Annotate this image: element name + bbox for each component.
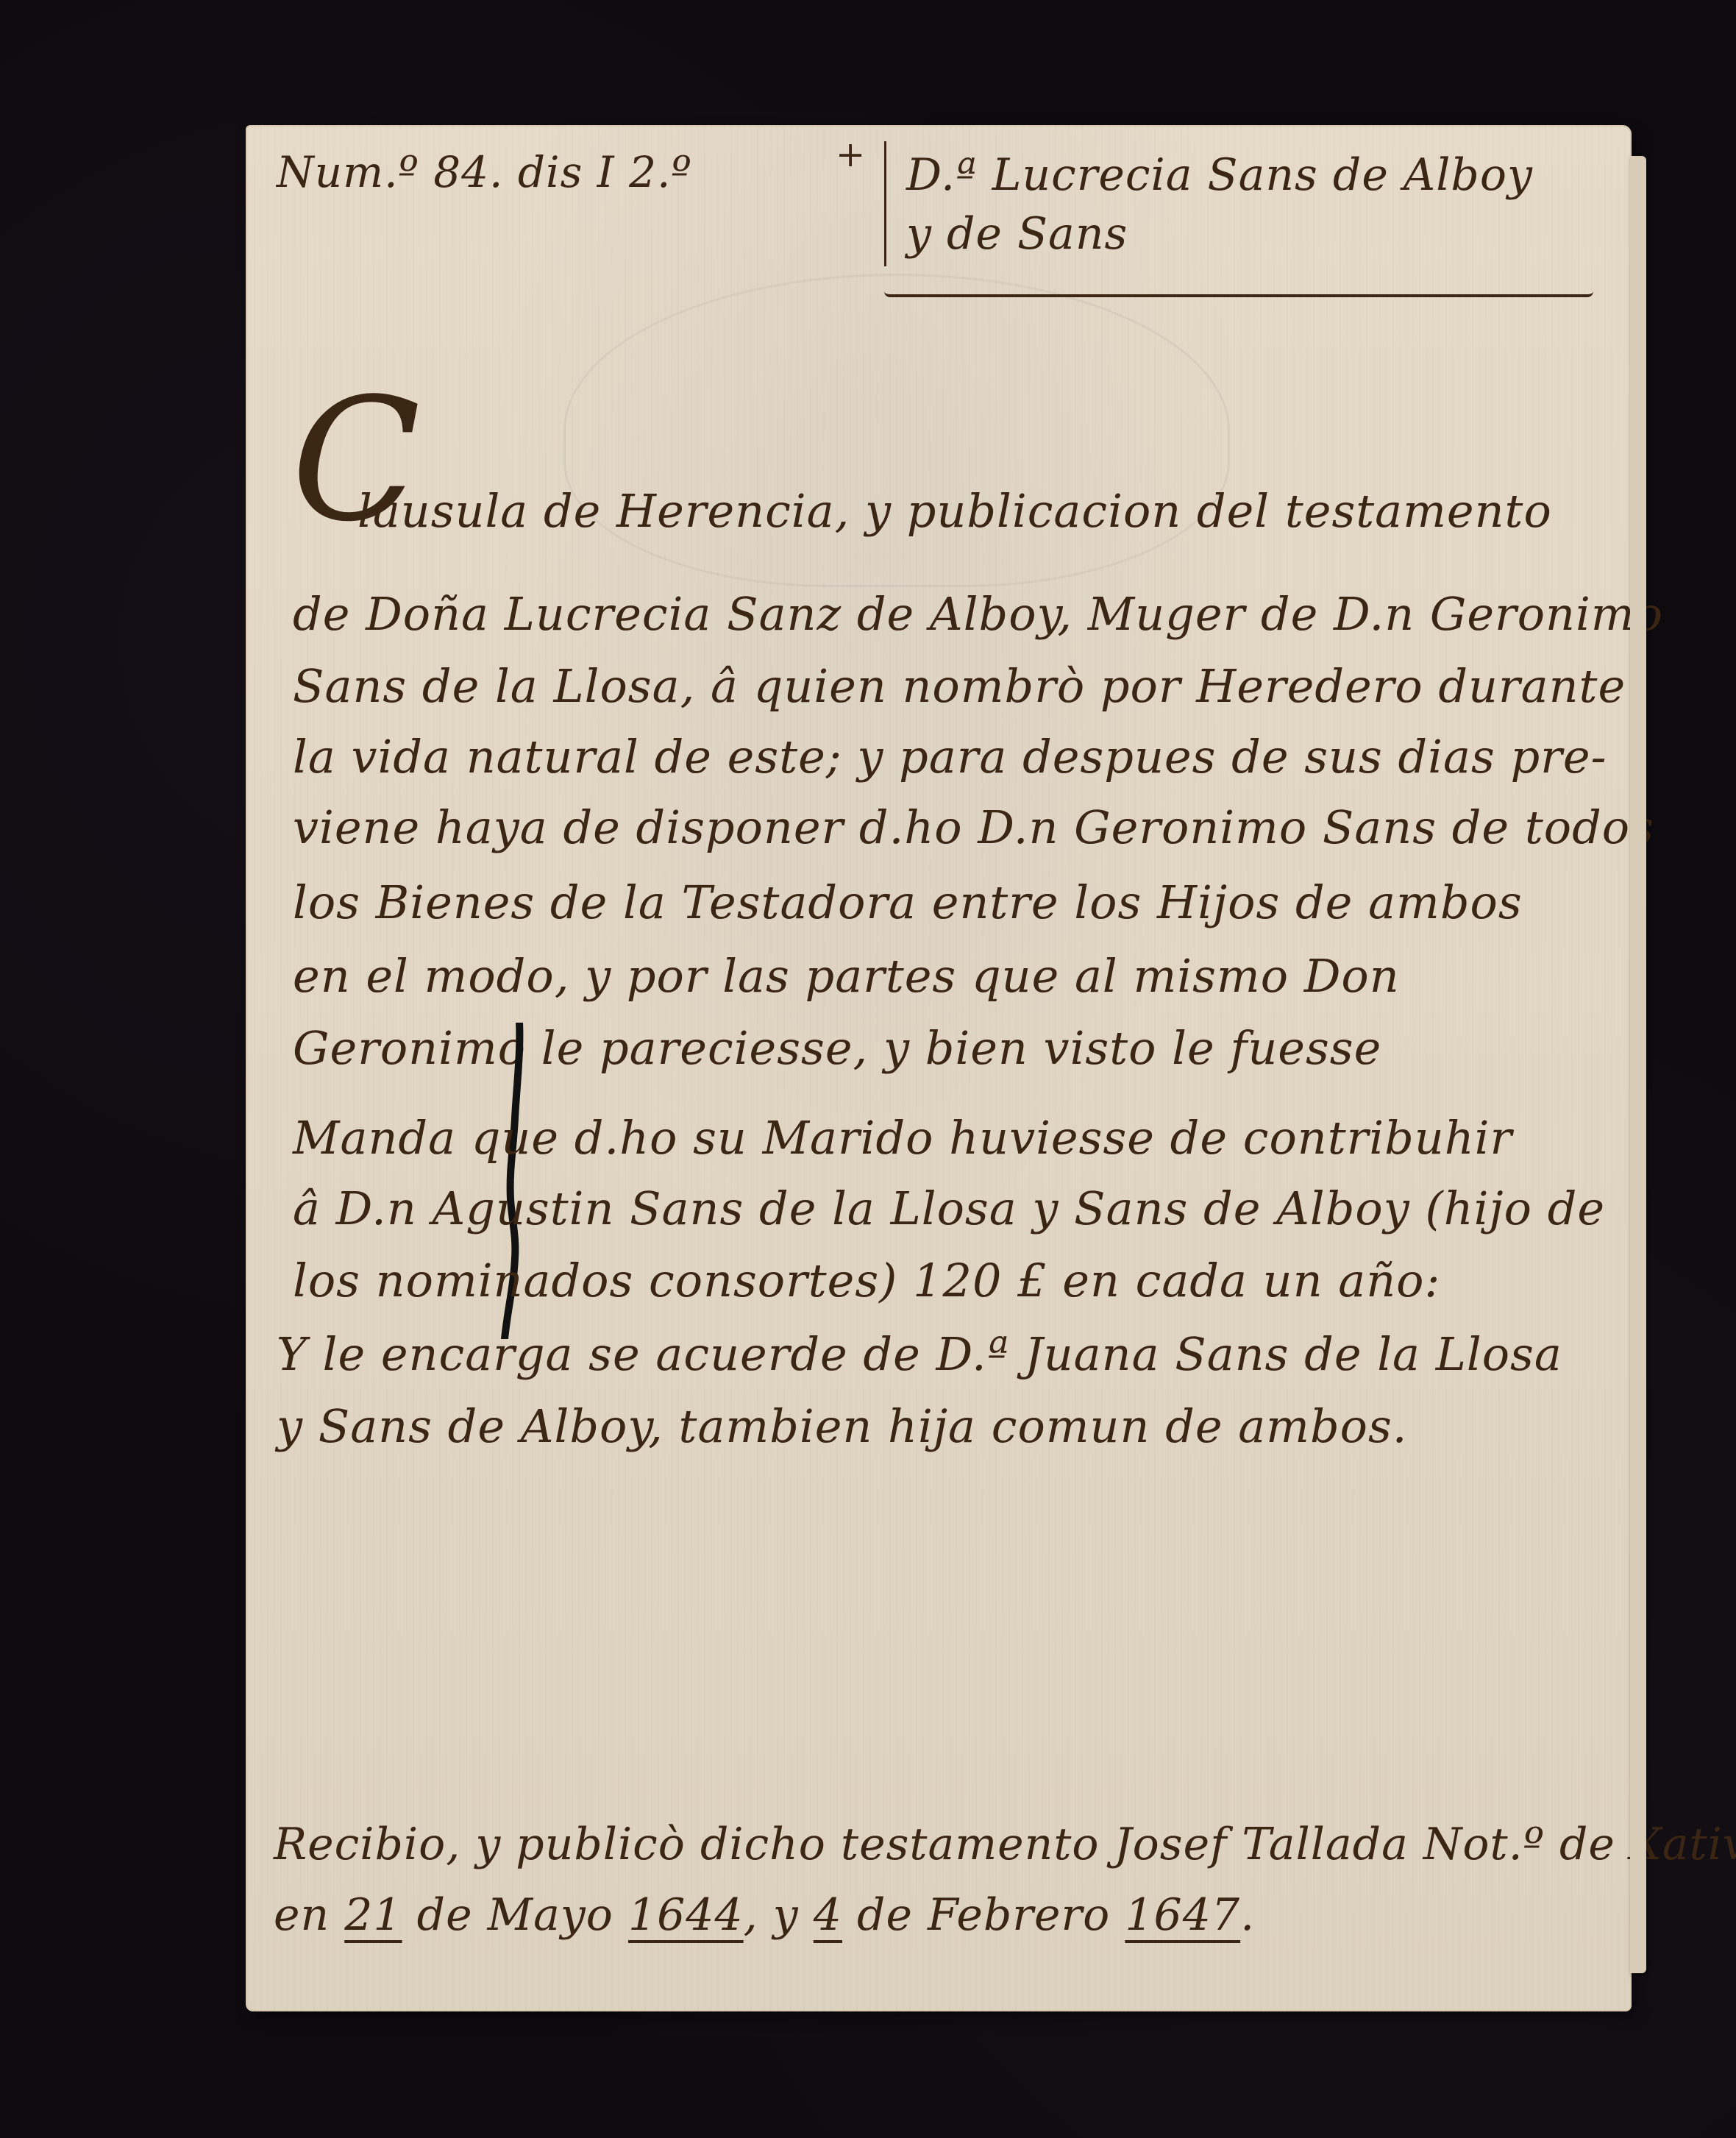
footer-month-2: de Febrero bbox=[842, 1889, 1125, 1941]
footer-month-1: de Mayo bbox=[402, 1889, 628, 1941]
bequest-line-2: â D.n Agustin Sans de la Llosa y Sans de… bbox=[293, 1183, 1605, 1235]
header-name-line-1: D.ª Lucrecia Sans de Alboy bbox=[906, 146, 1533, 205]
footer-year-1: 1644 bbox=[628, 1889, 744, 1941]
watermark-stamp bbox=[563, 274, 1230, 587]
cross-mark: + bbox=[836, 134, 866, 175]
footer-end: . bbox=[1240, 1889, 1255, 1941]
reference-number: Num.º 84. dis I 2.º bbox=[277, 147, 692, 197]
footer-connector: , y bbox=[744, 1889, 814, 1941]
header-bracket bbox=[884, 141, 894, 266]
footer-line-1: Recibio, y publicò dicho testamento Jose… bbox=[274, 1819, 1736, 1870]
body-line-6: los Bienes de la Testadora entre los Hij… bbox=[293, 877, 1523, 928]
body-line-8: Geronimo le pareciesse, y bien visto le … bbox=[293, 1023, 1381, 1074]
body-line-3: Sans de la Llosa, â quien nombrò por Her… bbox=[293, 661, 1626, 712]
body-line-1: lausula de Herencia, y publicacion del t… bbox=[357, 486, 1552, 537]
body-line-5: viene haya de disponer d.ho D.n Geronimo… bbox=[293, 802, 1654, 853]
bequest-line-3: los nominados consortes) 120 £ en cada u… bbox=[293, 1255, 1440, 1307]
footer-day-2: 4 bbox=[814, 1889, 842, 1941]
body-line-2: de Doña Lucrecia Sanz de Alboy, Muger de… bbox=[293, 589, 1663, 640]
charge-line-1: Y le encarga se acuerde de D.ª Juana San… bbox=[277, 1329, 1562, 1380]
manuscript-page: Num.º 84. dis I 2.º + D.ª Lucrecia Sans … bbox=[247, 127, 1630, 2010]
footer-prefix: en bbox=[274, 1889, 344, 1941]
body-line-7: en el modo, y por las partes que al mism… bbox=[293, 951, 1400, 1002]
bequest-line-1: Manda que d.ho su Marido huviesse de con… bbox=[293, 1112, 1512, 1164]
footer-line-2: en 21 de Mayo 1644, y 4 de Febrero 1647. bbox=[274, 1889, 1255, 1941]
header-name: D.ª Lucrecia Sans de Alboy y de Sans bbox=[906, 146, 1533, 263]
header-rule bbox=[884, 290, 1593, 297]
charge-line-2: y Sans de Alboy, tambien hija comun de a… bbox=[277, 1401, 1408, 1452]
footer-day-1: 21 bbox=[344, 1889, 402, 1941]
body-line-4: la vida natural de este; y para despues … bbox=[293, 731, 1607, 783]
header-name-line-2: y de Sans bbox=[906, 205, 1533, 263]
footer-year-2: 1647 bbox=[1125, 1889, 1240, 1941]
